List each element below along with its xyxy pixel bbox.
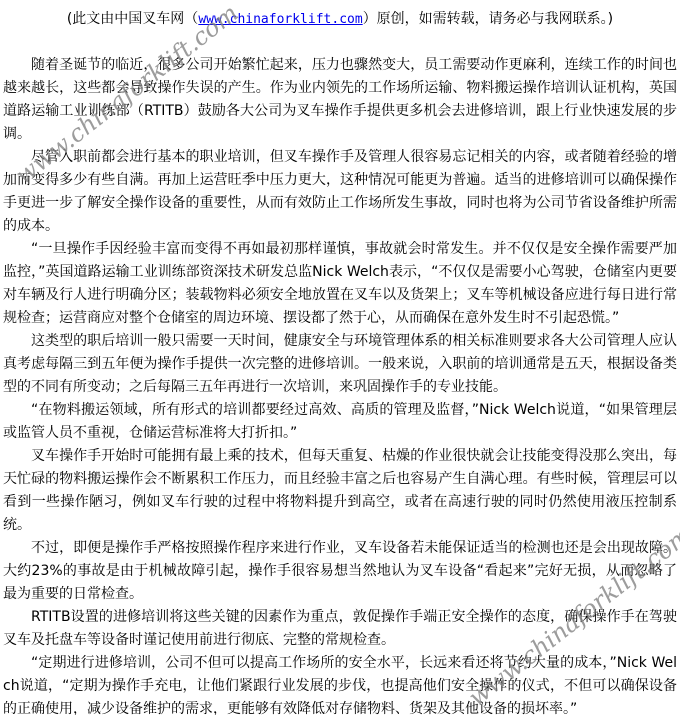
- paragraph-nick-welch-quote-2: “在物料搬运领域，所有形式的培训都要经过高效、高质的管理及监督，”Nick We…: [3, 399, 677, 445]
- paragraph-nick-welch-quote-1: “一旦操作手因经验丰富而变得不再如最初那样谨慎，事故就会时常发生。并不仅仅是安全…: [3, 238, 677, 330]
- paragraph-nick-welch-quote-3: “定期进行进修培训，公司不但可以提高工作场所的安全水平，长远来看还将节约大量的成…: [3, 652, 677, 715]
- article-page: (此文由中国叉车网（www.chinaforklift.com）原创，如需转载，…: [0, 0, 680, 715]
- attribution-suffix: ）原创，如需转载，请务必与我网联系。): [363, 11, 613, 27]
- attribution-prefix: (此文由中国叉车网（: [67, 11, 198, 27]
- paragraph-mechanical-failure: 不过，即便是操作手严格按照操作程序来进行作业，叉车设备若未能保证适当的检测也还是…: [3, 537, 677, 606]
- chinaforklift-link[interactable]: www.chinaforklift.com: [198, 12, 362, 27]
- article-content: (此文由中国叉车网（www.chinaforklift.com）原创，如需转载，…: [0, 0, 680, 715]
- paragraph-intro: 随着圣诞节的临近，很多公司开始繁忙起来，压力也骤然变大，员工需要动作更麻利，连续…: [3, 54, 677, 146]
- attribution-line: (此文由中国叉车网（www.chinaforklift.com）原创，如需转载，…: [3, 8, 677, 31]
- paragraph-rtitb-focus: RTITB设置的进修培训将这些关键的因素作为重点，敦促操作手端正安全操作的态度，…: [3, 606, 677, 652]
- paragraph-basic-training: 尽管入职前都会进行基本的职业培训，但叉车操作手及管理人很容易忘记相关的内容，或者…: [3, 146, 677, 238]
- paragraph-refresher-cycle: 这类型的职后培训一般只需要一天时间，健康安全与环境管理体系的相关标准则要求各大公…: [3, 330, 677, 399]
- paragraph-skill-decline: 叉车操作手开始时可能拥有最上乘的技术，但每天重复、枯燥的作业很快就会让技能变得没…: [3, 445, 677, 537]
